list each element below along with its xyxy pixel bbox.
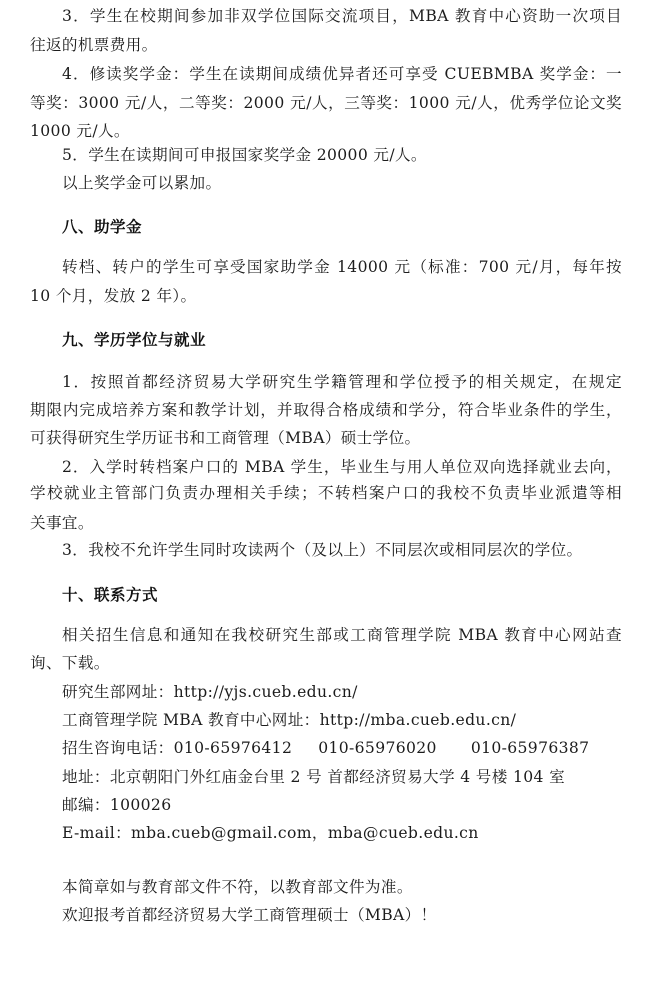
scholarship-item-4-line-1: 4．修读奖学金：学生在读期间成绩优异者还可享受 CUEBMBA 奖学金：一 [62, 62, 622, 86]
address-row: 地址：北京朝阳门外红庙金台里 2 号 首都经济贸易大学 4 号楼 104 室 [62, 765, 622, 789]
degree-item-2-line-3: 关事宜。 [30, 511, 622, 535]
grad-school-website-link[interactable]: http://yjs.cueb.edu.cn/ [174, 683, 358, 701]
degree-item-2-line-1: 2．入学时转档案户口的 MBA 学生，毕业生与用人单位双向选择就业去向， [62, 455, 622, 479]
degree-item-1-line-3: 可获得研究生学历证书和工商管理（MBA）硕士学位。 [30, 426, 622, 450]
mba-center-website-row: 工商管理学院 MBA 教育中心网址：http://mba.cueb.edu.cn… [62, 708, 622, 732]
degree-item-2-line-2: 学校就业主管部门负责办理相关手续；不转档案户口的我校不负责毕业派遣等相 [30, 481, 622, 505]
phone-label: 招生咨询电话： [62, 739, 174, 757]
section-heading-grants: 八、助学金 [62, 215, 142, 239]
grants-line-2: 10 个月，发放 2 年）。 [30, 284, 622, 308]
grants-line-1: 转档、转户的学生可享受国家助学金 14000 元（标准：700 元/月，每年按 [62, 255, 622, 279]
email-separator: ， [312, 824, 328, 842]
scholarship-item-3-line-1: 3．学生在校期间参加非双学位国际交流项目，MBA 教育中心资助一次项目 [62, 4, 622, 28]
mba-center-website-link[interactable]: http://mba.cueb.edu.cn/ [320, 711, 517, 729]
email-row: E-mail：mba.cueb@gmail.com，mba@cueb.edu.c… [62, 821, 622, 845]
phone-number-1: 010-65976412 [174, 739, 293, 757]
email-link-2[interactable]: mba@cueb.edu.cn [328, 824, 479, 842]
address-label: 地址： [62, 768, 110, 786]
phone-number-3: 010-65976387 [471, 739, 590, 757]
phone-row: 招生咨询电话：010-65976412010-65976020010-65976… [62, 736, 622, 760]
grad-school-website-row: 研究生部网址：http://yjs.cueb.edu.cn/ [62, 680, 622, 704]
email-label: E-mail： [62, 824, 131, 842]
mba-center-website-label: 工商管理学院 MBA 教育中心网址： [62, 711, 320, 729]
postcode-value: 100026 [110, 796, 172, 814]
grad-school-website-label: 研究生部网址： [62, 683, 174, 701]
scholarship-item-3-line-2: 往返的机票费用。 [30, 33, 622, 57]
closing-welcome: 欢迎报考首都经济贸易大学工商管理硕士（MBA）！ [62, 903, 622, 927]
document-page: 3．学生在校期间参加非双学位国际交流项目，MBA 教育中心资助一次项目 往返的机… [0, 0, 650, 996]
postcode-row: 邮编：100026 [62, 793, 622, 817]
scholarship-item-4-line-2: 等奖：3000 元/人，二等奖：2000 元/人，三等奖：1000 元/人，优秀… [30, 91, 622, 115]
section-heading-contact: 十、联系方式 [62, 583, 158, 607]
closing-disclaimer: 本简章如与教育部文件不符，以教育部文件为准。 [62, 875, 622, 899]
degree-item-1-line-2: 期限内完成培养方案和教学计划，并取得合格成绩和学分，符合毕业条件的学生， [30, 398, 622, 422]
section-heading-degree-employment: 九、学历学位与就业 [62, 328, 206, 352]
scholarship-note: 以上奖学金可以累加。 [62, 171, 622, 195]
address-value: 北京朝阳门外红庙金台里 2 号 首都经济贸易大学 4 号楼 104 室 [110, 768, 565, 786]
postcode-label: 邮编： [62, 796, 110, 814]
degree-item-3: 3．我校不允许学生同时攻读两个（及以上）不同层次或相同层次的学位。 [62, 538, 622, 562]
phone-number-2: 010-65976020 [318, 739, 437, 757]
email-link-1[interactable]: mba.cueb@gmail.com [131, 824, 312, 842]
scholarship-item-5: 5．学生在读期间可申报国家奖学金 20000 元/人。 [62, 143, 622, 167]
degree-item-1-line-1: 1．按照首都经济贸易大学研究生学籍管理和学位授予的相关规定，在规定 [62, 370, 622, 394]
contact-intro-line-2: 询、下载。 [30, 651, 622, 675]
contact-intro-line-1: 相关招生信息和通知在我校研究生部或工商管理学院 MBA 教育中心网站查 [62, 623, 622, 647]
scholarship-item-4-line-3: 1000 元/人。 [30, 119, 622, 143]
